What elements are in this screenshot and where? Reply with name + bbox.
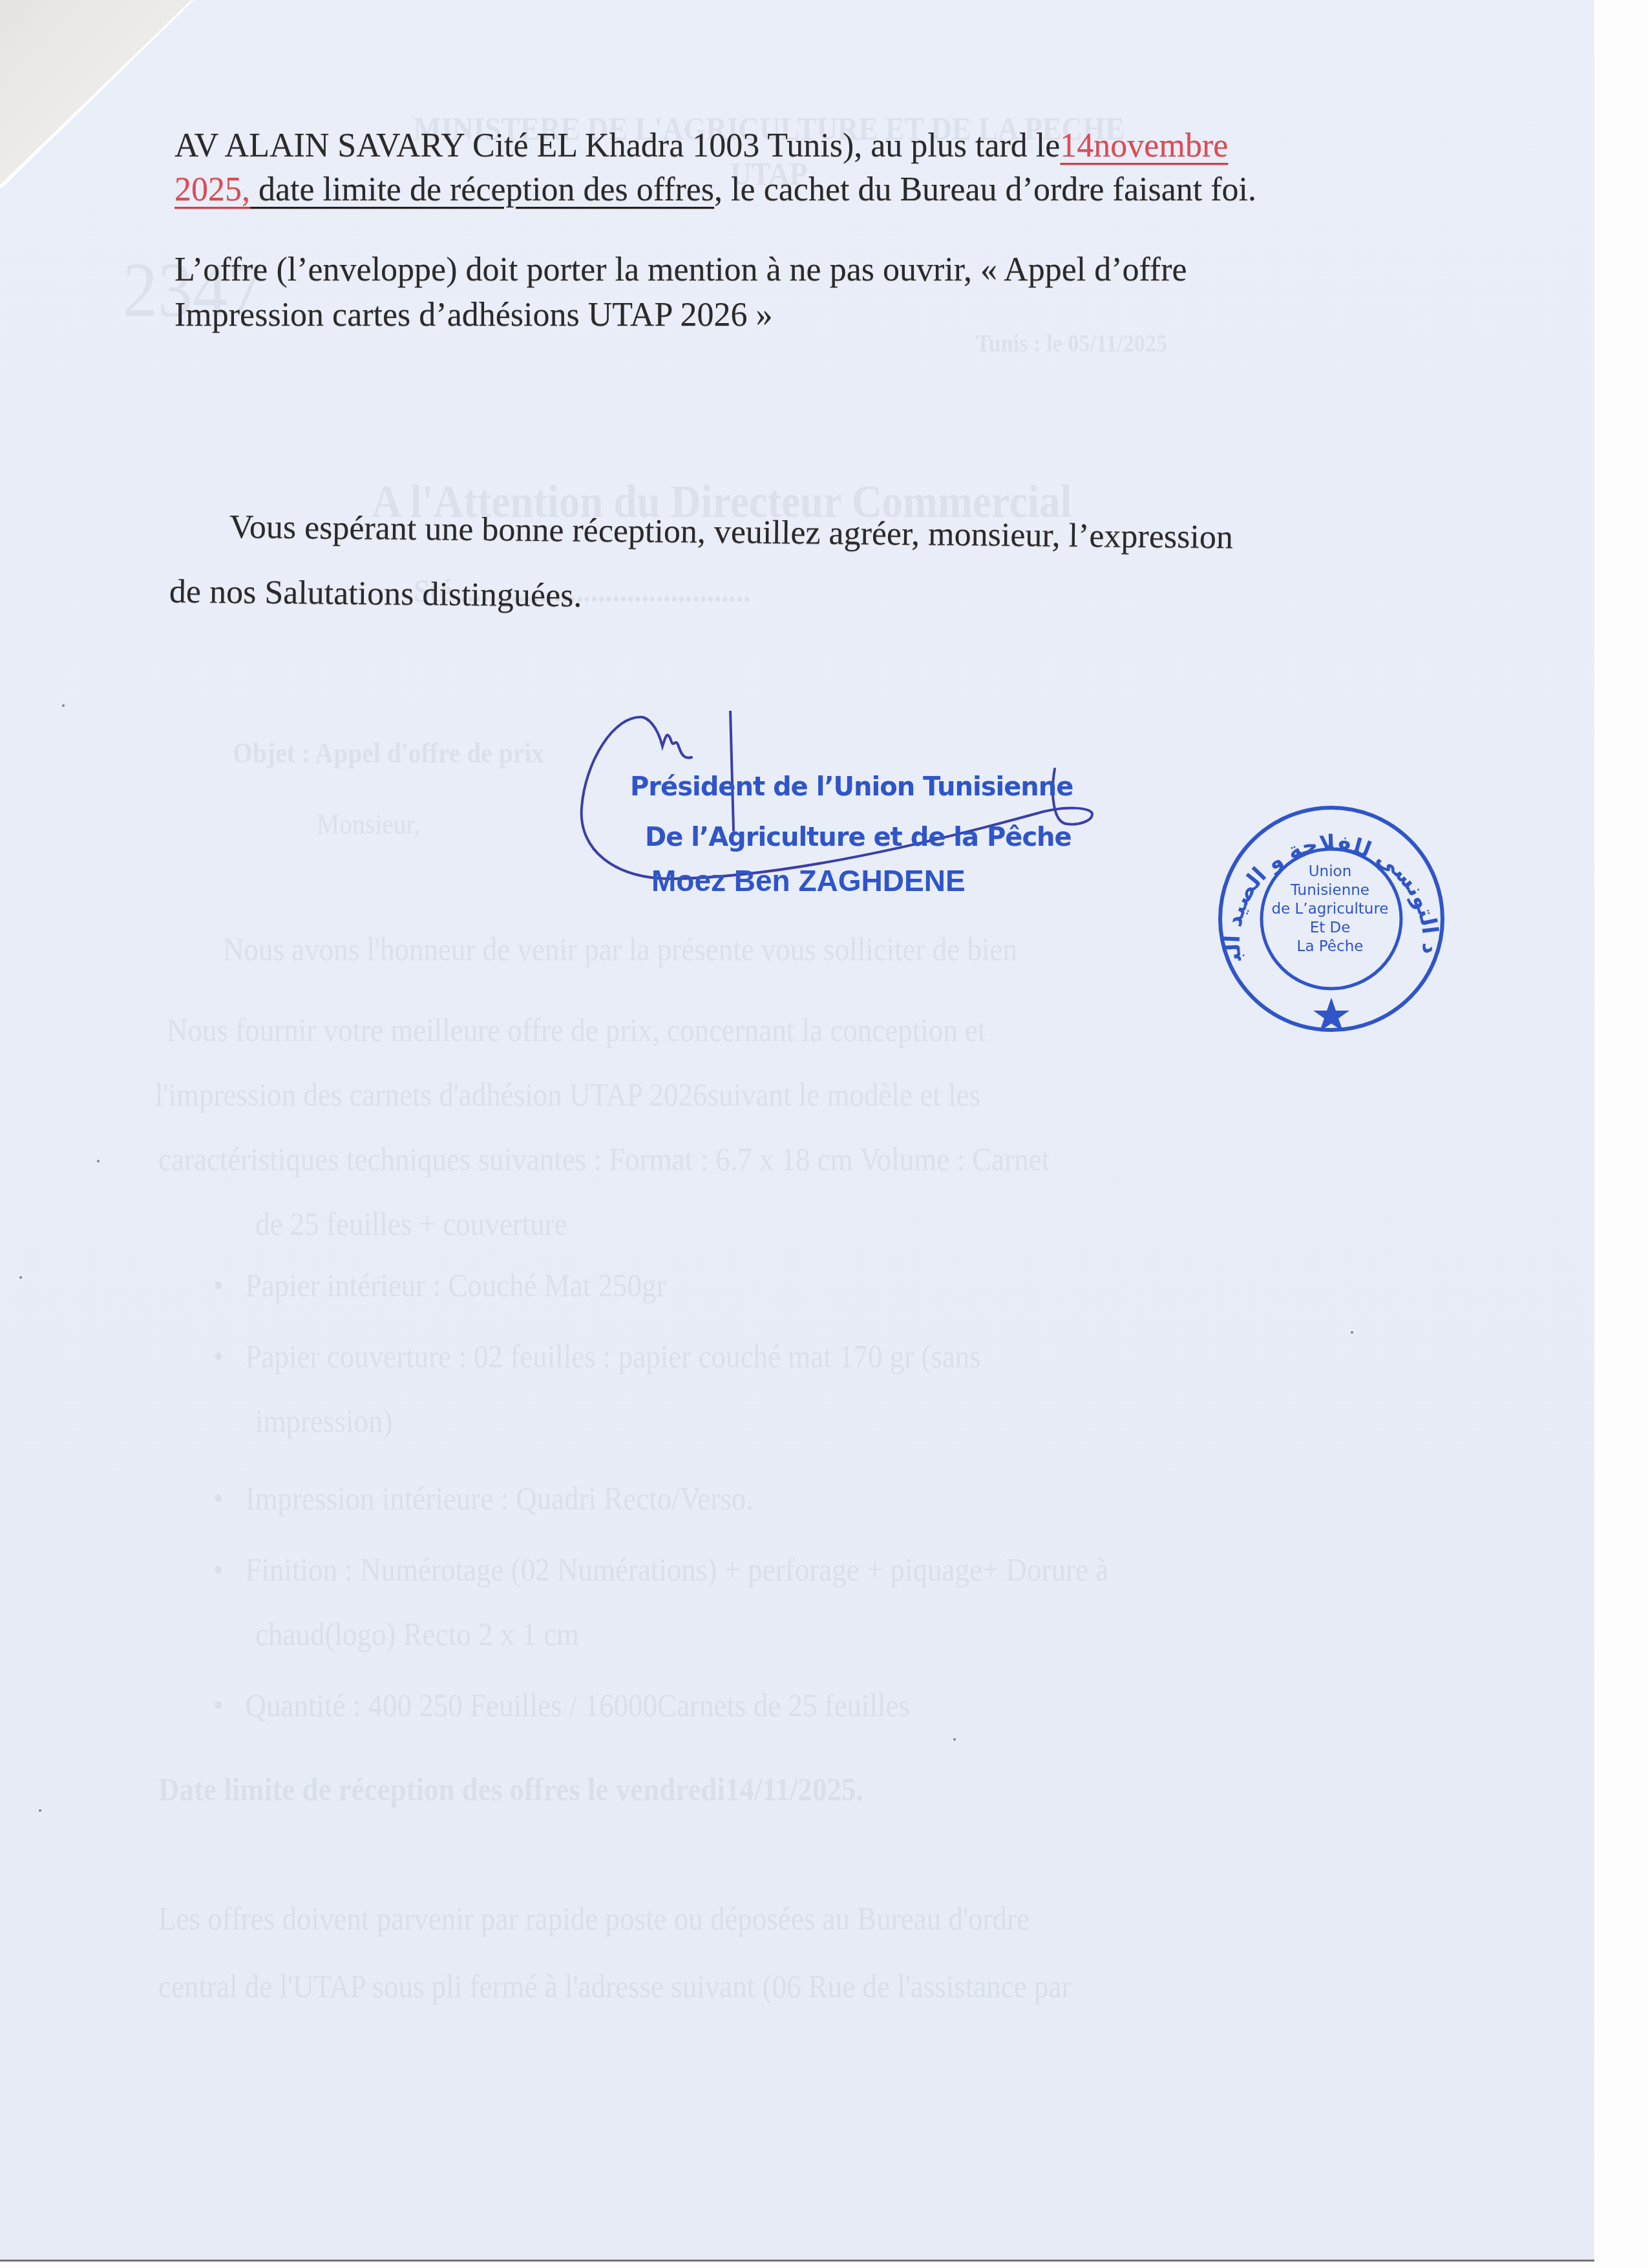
signatory-name: Moez Ben ZAGHDENE [651, 866, 966, 896]
stamp-center-text: Union Tunisienne de L’agriculture Et De … [1265, 863, 1395, 956]
star-icon [1313, 998, 1349, 1031]
address-text: AV ALAIN SAVARY Cité EL Khadra 1003 Tuni… [174, 127, 1060, 164]
paragraph-line: 2025, date limite de réception des offre… [174, 173, 1256, 207]
signatory-title-line2: De l’Agriculture et de la Pêche [645, 824, 1072, 850]
deadline-date-part2: 2025, [174, 171, 250, 208]
signatory-title-line1: Président de l’Union Tunisienne [630, 774, 1073, 800]
dust-speck [953, 1738, 956, 1741]
dust-speck [19, 1276, 22, 1279]
deadline-date-part1: 14novembre [1060, 127, 1228, 164]
deadline-label: date limite de réception des offres [250, 171, 714, 208]
paragraph-line: AV ALAIN SAVARY Cité EL Khadra 1003 Tuni… [174, 129, 1228, 163]
dust-speck [97, 1160, 100, 1162]
stamp-line: La Pêche [1265, 938, 1395, 956]
stamp-line: de L’agriculture [1265, 900, 1395, 919]
dust-speck [62, 704, 65, 707]
closing-line-2: de nos Salutations distinguées. [169, 575, 582, 613]
stamp-line: Tunisienne [1265, 881, 1395, 900]
stamp-note: , le cachet du Bureau d’ordre faisant fo… [714, 171, 1256, 208]
envelope-label: Impression cartes d’adhésions UTAP 2026 … [174, 299, 772, 332]
stamp-line: Union [1265, 863, 1395, 881]
dust-speck [39, 1809, 41, 1812]
stamp-line: Et De [1265, 919, 1395, 938]
envelope-instruction: L’offre (l’enveloppe) doit porter la men… [174, 253, 1187, 287]
dust-speck [1351, 1331, 1353, 1334]
